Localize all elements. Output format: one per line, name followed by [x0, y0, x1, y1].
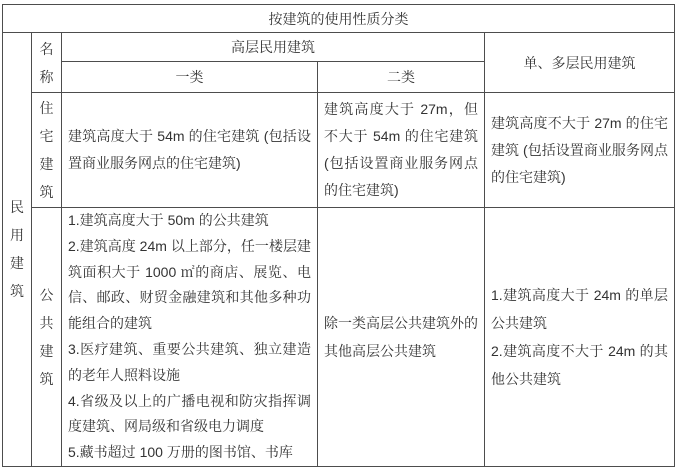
residential-single-multi-cell: 建筑高度不大于 27m 的住宅建筑 (包括设置商业服务网点的住宅建筑) [485, 93, 675, 208]
header-name: 名称 [32, 33, 62, 93]
list-item: 2.建筑高度不大于 24m 的其他公共建筑 [491, 337, 668, 393]
civil-buildings-label: 民用建筑 [10, 193, 25, 305]
row-label-public: 公共建筑 [32, 208, 62, 467]
header-highrise: 高层民用建筑 [62, 33, 485, 62]
public-row: 公共建筑 1.建筑高度大于 50m 的公共建筑2.建筑高度 24m 以上部分，任… [3, 208, 675, 467]
list-item: 5.藏书超过 100 万册的图书馆、书库 [68, 440, 311, 466]
row-label-residential: 住宅建筑 [32, 93, 62, 208]
list-item: 3.医疗建筑、重要公共建筑、独立建造的老年人照料设施 [68, 337, 311, 389]
public-single-multi-cell: 1.建筑高度大于 24m 的单层公共建筑2.建筑高度不大于 24m 的其他公共建… [485, 208, 675, 467]
header-row-1: 民用建筑 名称 高层民用建筑 单、多层民用建筑 [3, 33, 675, 62]
table-title: 按建筑的使用性质分类 [3, 5, 675, 33]
public-label: 公共建筑 [39, 281, 54, 393]
header-class2: 二类 [318, 62, 485, 93]
list-item: 1.建筑高度大于 24m 的单层公共建筑 [491, 281, 668, 337]
list-item: 1.建筑高度大于 50m 的公共建筑 [68, 208, 311, 234]
name-header-label: 名称 [39, 35, 54, 91]
residential-class1-cell: 建筑高度大于 54m 的住宅建筑 (包括设置商业服务网点的住宅建筑) [62, 93, 318, 208]
residential-label: 住宅建筑 [39, 94, 54, 206]
title-row: 按建筑的使用性质分类 [3, 5, 675, 33]
building-classification-table: 按建筑的使用性质分类 民用建筑 名称 高层民用建筑 单、多层民用建筑 一类 二类… [2, 4, 675, 467]
row-group-civil-buildings: 民用建筑 [3, 33, 32, 467]
list-item: 4.省级及以上的广播电视和防灾指挥调度建筑、网局级和省级电力调度 [68, 389, 311, 441]
residential-row: 住宅建筑 建筑高度大于 54m 的住宅建筑 (包括设置商业服务网点的住宅建筑) … [3, 93, 675, 208]
header-single-multi: 单、多层民用建筑 [485, 33, 675, 93]
public-class2-cell: 除一类高层公共建筑外的其他高层公共建筑 [318, 208, 485, 467]
public-class1-cell: 1.建筑高度大于 50m 的公共建筑2.建筑高度 24m 以上部分，任一楼层建筑… [62, 208, 318, 467]
residential-class2-cell: 建筑高度大于 27m，但不大于 54m 的住宅建筑 (包括设置商业服务网点的住宅… [318, 93, 485, 208]
list-item: 2.建筑高度 24m 以上部分，任一楼层建筑面积大于 1000 ㎡的商店、展览、… [68, 234, 311, 337]
page: 按建筑的使用性质分类 民用建筑 名称 高层民用建筑 单、多层民用建筑 一类 二类… [0, 0, 676, 464]
header-class1: 一类 [62, 62, 318, 93]
